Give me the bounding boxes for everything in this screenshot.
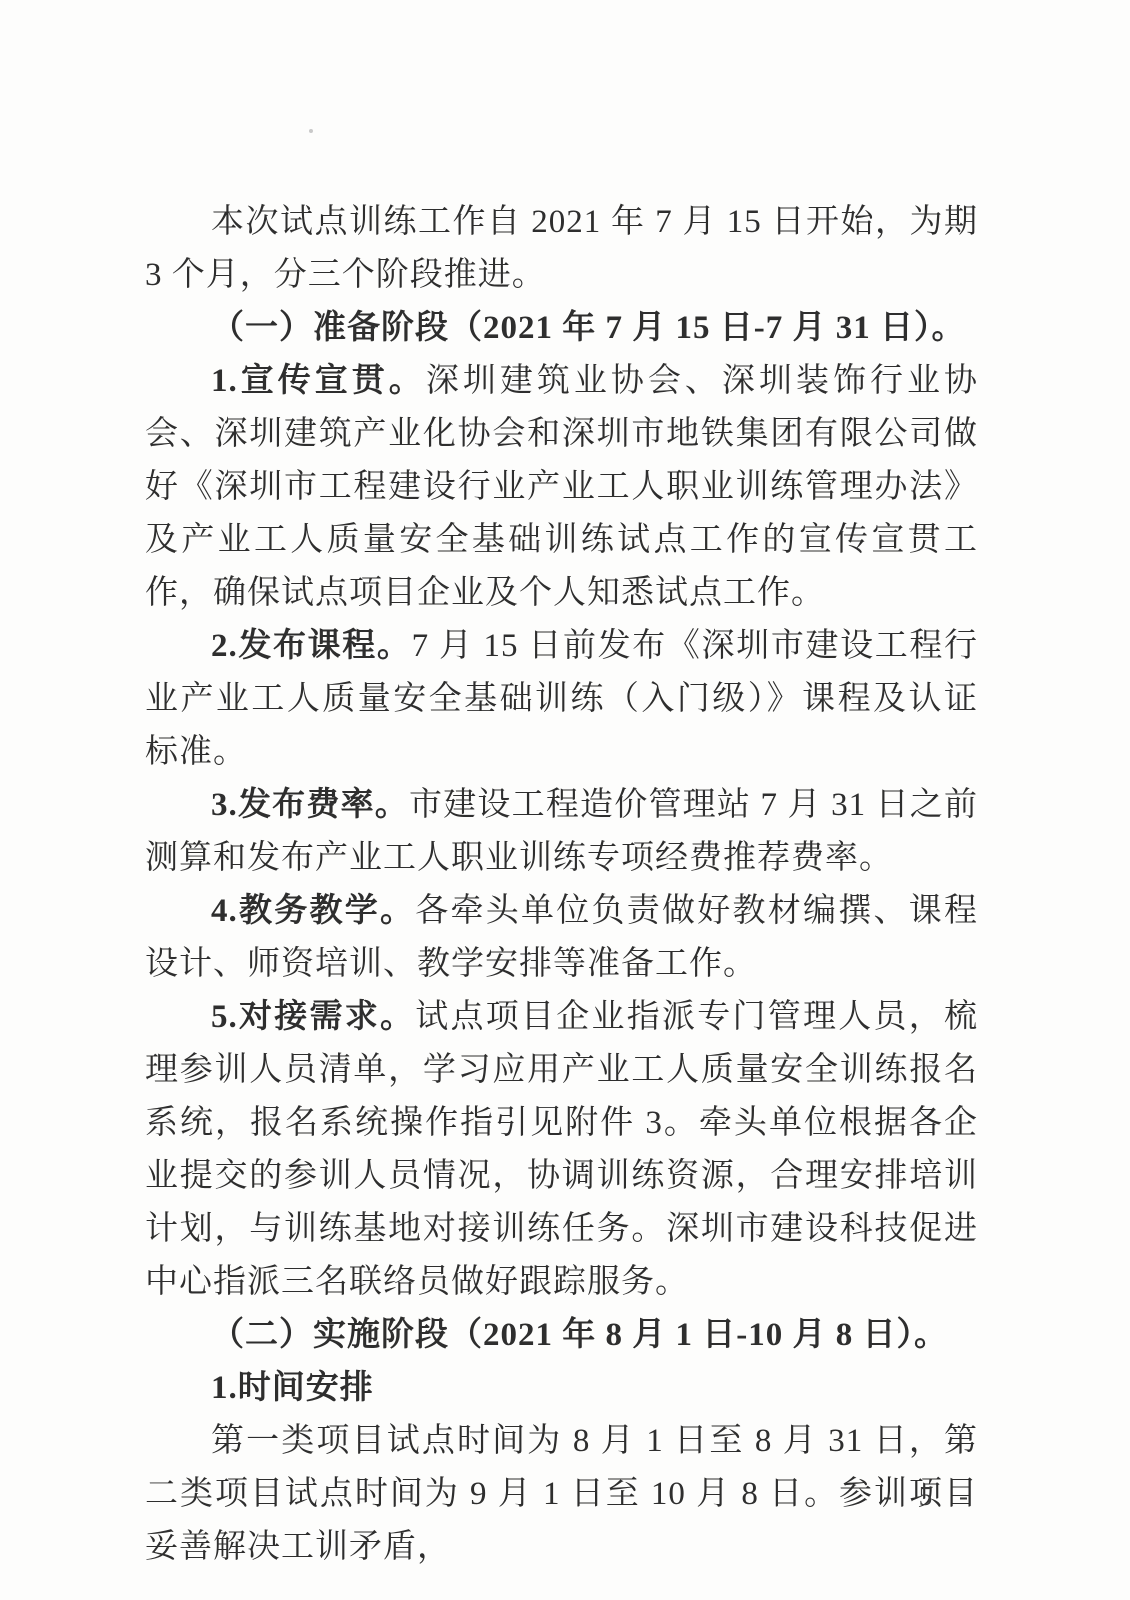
prep-phase-heading: （一）准备阶段（2021 年 7 月 15 日-7 月 31 日）。: [145, 302, 978, 355]
item-course-paragraph: 2.发布课程。7 月 15 日前发布《深圳市建设工程行业产业工人质量安全基础训练…: [145, 620, 978, 779]
paragraph-lead: 4.教务教学。: [211, 893, 415, 929]
page-number: - 5 -: [883, 1481, 978, 1512]
time-arrangement-subheading: 1.时间安排: [145, 1362, 978, 1415]
paragraph-text: 第一类项目试点时间为 8 月 1 日至 8 月 31 日，第二类项目试点时间为 …: [145, 1423, 978, 1565]
paragraph-lead: 5.对接需求。: [211, 999, 415, 1035]
item-demand-paragraph: 5.对接需求。试点项目企业指派专门管理人员，梳理参训人员清单，学习应用产业工人质…: [145, 991, 978, 1309]
paragraph-text: 本次试点训练工作自 2021 年 7 月 15 日开始，为期 3 个月，分三个阶…: [145, 204, 978, 293]
heading-lead: （二）实施阶段（2021 年 8 月 1 日-10 月 8 日）。: [211, 1317, 948, 1353]
intro-paragraph: 本次试点训练工作自 2021 年 7 月 15 日开始，为期 3 个月，分三个阶…: [145, 196, 978, 302]
heading-lead: （一）准备阶段（2021 年 7 月 15 日-7 月 31 日）。: [211, 310, 966, 346]
item-rate-paragraph: 3.发布费率。市建设工程造价管理站 7 月 31 日之前测算和发布产业工人职业训…: [145, 779, 978, 885]
time-schedule-paragraph: 第一类项目试点时间为 8 月 1 日至 8 月 31 日，第二类项目试点时间为 …: [145, 1415, 978, 1574]
scan-speck: [309, 129, 313, 133]
document-body: 本次试点训练工作自 2021 年 7 月 15 日开始，为期 3 个月，分三个阶…: [145, 196, 978, 1574]
paragraph-lead: 1.宣传宣贯。: [211, 363, 426, 399]
paragraph-text: 试点项目企业指派专门管理人员，梳理参训人员清单，学习应用产业工人质量安全训练报名…: [145, 999, 978, 1300]
item-publicity-paragraph: 1.宣传宣贯。深圳建筑业协会、深圳装饰行业协会、深圳建筑产业化协会和深圳市地铁集…: [145, 355, 978, 620]
document-page: 本次试点训练工作自 2021 年 7 月 15 日开始，为期 3 个月，分三个阶…: [0, 0, 1130, 1600]
subheading-lead: 1.时间安排: [211, 1370, 374, 1406]
item-teaching-paragraph: 4.教务教学。各牵头单位负责做好教材编撰、课程设计、师资培训、教学安排等准备工作…: [145, 885, 978, 991]
impl-phase-heading: （二）实施阶段（2021 年 8 月 1 日-10 月 8 日）。: [145, 1309, 978, 1362]
paragraph-text: 深圳建筑业协会、深圳装饰行业协会、深圳建筑产业化协会和深圳市地铁集团有限公司做好…: [145, 363, 978, 611]
paragraph-lead: 3.发布费率。: [211, 787, 409, 823]
paragraph-lead: 2.发布课程。: [211, 628, 412, 664]
